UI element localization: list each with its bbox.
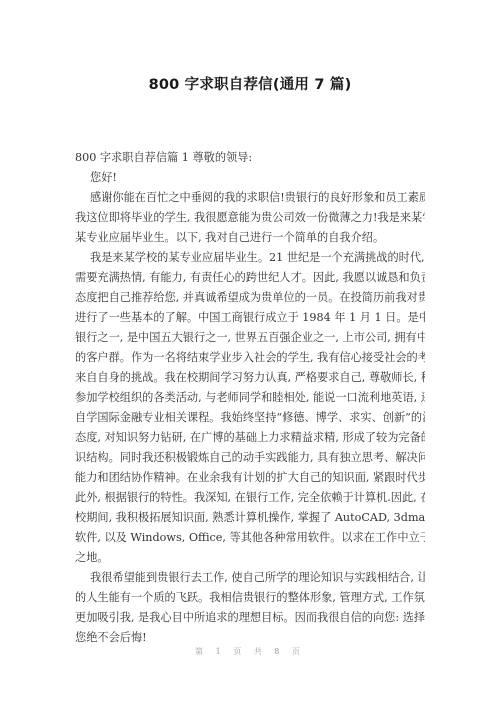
- text-line: 您绝不会后悔!: [75, 628, 425, 648]
- text-line: 我很希望能到贵银行去工作, 使自己所学的理论知识与实践相结合, 让自己: [75, 568, 425, 588]
- text-line: 的人生能有一个质的飞跃。我相信贵银行的整体形象, 管理方式, 工作氛围会: [75, 588, 425, 608]
- text-line: 来自自身的挑战。我在校期间学习努力认真, 严格要求自己, 尊敬师长, 积极: [75, 368, 425, 388]
- text-line: 800 字求职自荐信篇 1 尊敬的领导:: [75, 148, 425, 168]
- text-line: 态度, 对知识努力钻研, 在广博的基础上力求精益求精, 形成了较为完备的知: [75, 428, 425, 448]
- text-line: 需要充满热情, 有能力, 有责任心的跨世纪人才。因此, 我愿以诚恳和负责的: [75, 268, 425, 288]
- text-line: 软件, 以及 Windows, Office, 等其他各种常用软件。以求在工作中…: [75, 528, 425, 548]
- text-line: 此外, 根据银行的特性。我深知, 在银行工作, 完全依赖于计算机.因此, 在学: [75, 488, 425, 508]
- text-line: 能力和团结协作精神。在业余我有计划的扩大自己的知识面, 紧跟时代步伐。: [75, 468, 425, 488]
- text-line: 我这位即将毕业的学生, 我很愿意能为贵公司效一份微薄之力!我是来某学校的: [75, 208, 425, 228]
- text-line: 银行之一, 是中国五大银行之一, 世界五百强企业之一, 上市公司, 拥有中国: [75, 328, 425, 348]
- text-line: 校期间, 我积极拓展知识面, 熟悉计算机操作, 掌握了 AutoCAD, 3dm…: [75, 508, 425, 528]
- text-line: 更加吸引我, 是我心目中所追求的理想目标。因而我很自信的向您: 选择我,: [75, 608, 425, 628]
- document-body: 800 字求职自荐信篇 1 尊敬的领导: 您好! 感谢你能在百忙之中垂阅的我的求…: [75, 148, 425, 648]
- text-line: 之地。: [75, 548, 425, 568]
- text-line: 识结构。同时我还积极锻炼自己的动手实践能力, 具有独立思考、解决问题的: [75, 448, 425, 468]
- text-line: 我是来某学校的某专业应届毕业生。21 世纪是一个充满挑战的时代, 您一定: [75, 248, 425, 268]
- text-line: 参加学校组织的各类活动, 与老师同学和睦相处, 能说一口流利地英语, 还在: [75, 388, 425, 408]
- text-line: 感谢你能在百忙之中垂阅的我的求职信!贵银行的良好形象和员工素质吸引着: [75, 188, 425, 208]
- text-line: 的客户群。作为一名将结束学业步入社会的学生, 我有信心接受社会的考验和: [75, 348, 425, 368]
- text-line: 某专业应届毕业生。以下, 我对自己进行一个简单的自我介绍。: [75, 228, 425, 248]
- text-line: 您好!: [75, 168, 425, 188]
- page-number-footer: 第 1 页 共 8 页: [0, 646, 500, 657]
- text-line: 进行了一些基本的了解。中国工商银行成立于 1984 年 1 月 1 日。是中国的…: [75, 308, 425, 328]
- document-page: 800 字求职自荐信(通用 7 篇) 800 字求职自荐信篇 1 尊敬的领导: …: [0, 0, 500, 707]
- document-title: 800 字求职自荐信(通用 7 篇): [0, 73, 500, 94]
- text-line: 态度把自己推荐给您, 并真诚希望成为贵单位的一员。在投简历前我对贵银行: [75, 288, 425, 308]
- text-line: 自学国际金融专业相关课程。我始终坚持“修德、博学、求实、创新”的治学: [75, 408, 425, 428]
